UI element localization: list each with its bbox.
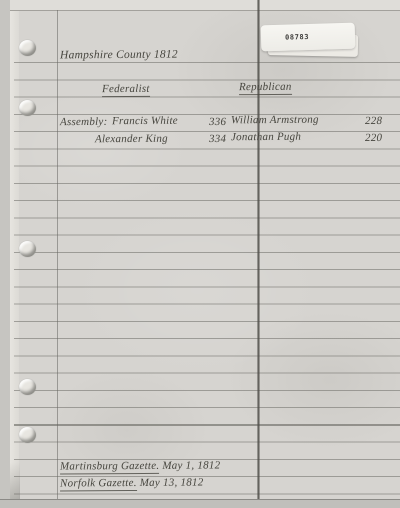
citation-1-source: Martinsburg Gazette. bbox=[60, 460, 159, 475]
republican-votes-1: 228 bbox=[365, 115, 382, 127]
federalist-votes-1: 336 bbox=[209, 116, 226, 128]
paper-top-margin bbox=[10, 0, 400, 11]
federalist-candidate-2: Alexander King bbox=[95, 132, 168, 145]
citation-1-date: May 1, 1812 bbox=[159, 459, 220, 471]
scanned-document-page: 08783 Hampshire County 1812 Federalist R… bbox=[0, 0, 400, 508]
page-title: Hampshire County 1812 bbox=[60, 49, 178, 62]
column-header-federalist: Federalist bbox=[102, 83, 150, 97]
republican-candidate-1: William Armstrong bbox=[231, 114, 319, 127]
federalist-candidate-1: Francis White bbox=[112, 115, 178, 127]
republican-votes-2: 220 bbox=[365, 132, 382, 144]
citation-2-source: Norfolk Gazette. bbox=[60, 477, 137, 492]
paper-bottom-shadow bbox=[10, 462, 20, 500]
vertical-crease-line bbox=[257, 0, 260, 499]
republican-candidate-2: Jonathan Pugh bbox=[231, 131, 301, 143]
citation-2: Norfolk Gazette. May 13, 1812 bbox=[60, 476, 204, 489]
federalist-votes-2: 334 bbox=[209, 133, 226, 145]
office-label: Assembly: bbox=[60, 116, 108, 128]
margin-line bbox=[57, 10, 58, 499]
binder-hole bbox=[19, 379, 36, 395]
binder-hole bbox=[19, 100, 36, 116]
catalog-number: 08783 bbox=[285, 33, 309, 42]
paper-bottom-edge bbox=[0, 499, 400, 508]
citation-2-date: May 13, 1812 bbox=[137, 476, 204, 488]
horizontal-fold-line bbox=[14, 424, 400, 426]
binder-hole bbox=[19, 40, 36, 56]
catalog-sticker: 08783 bbox=[261, 23, 356, 52]
citation-1: Martinsburg Gazette. May 1, 1812 bbox=[60, 459, 220, 472]
binder-hole bbox=[19, 427, 36, 443]
binder-hole bbox=[19, 241, 36, 257]
column-header-republican: Republican bbox=[239, 81, 292, 95]
